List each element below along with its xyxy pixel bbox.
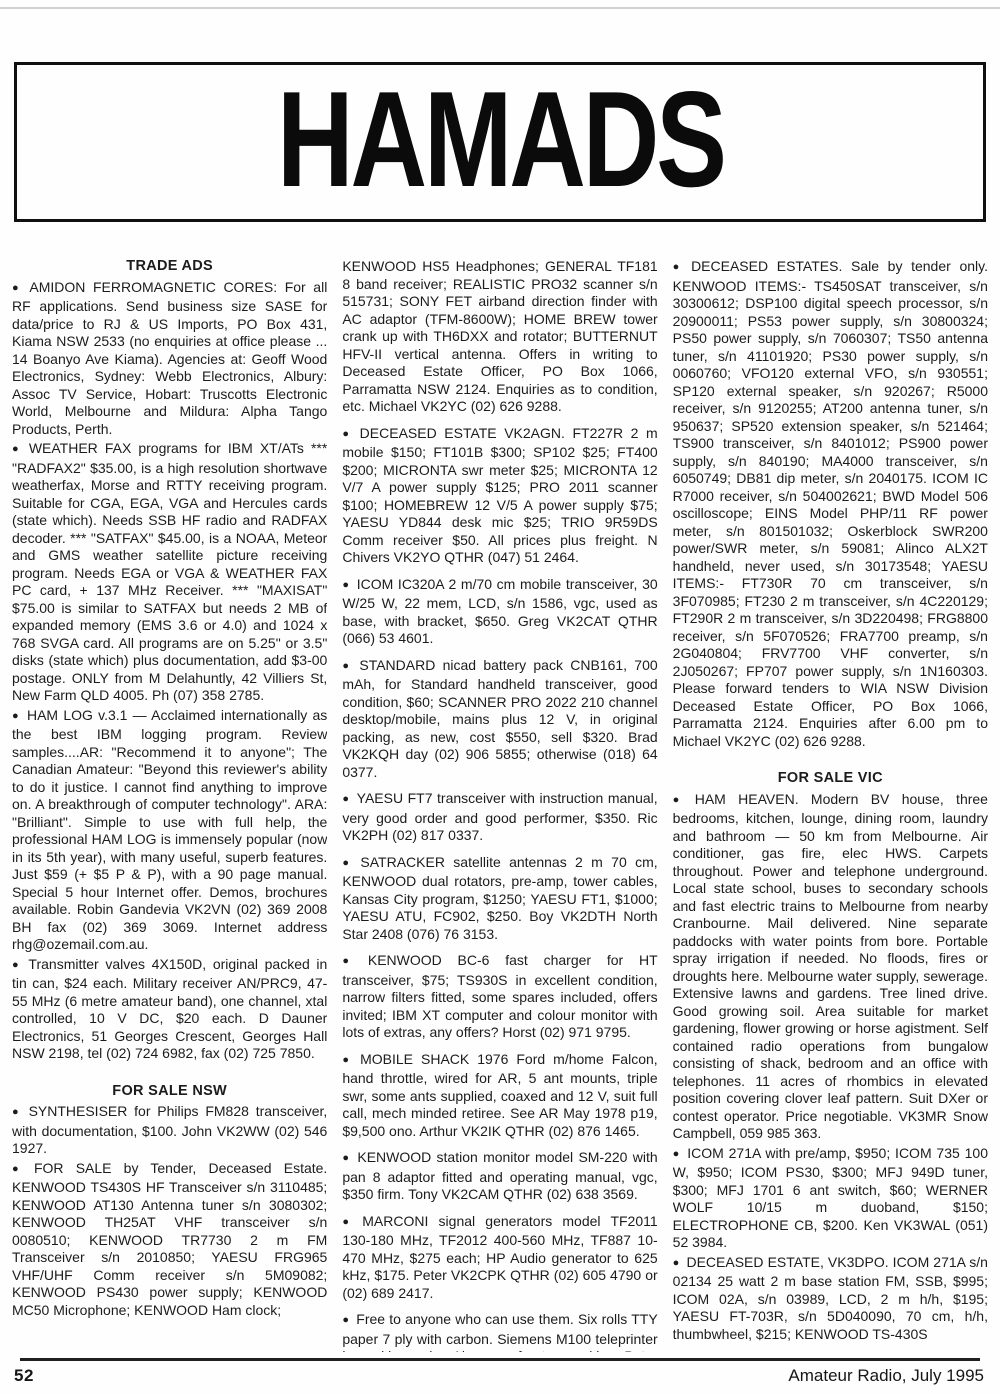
page-title: HAMADS [277,71,724,213]
bullet-icon: ● [342,1054,360,1066]
classified-ad: ●FOR SALE by Tender, Deceased Estate. KE… [12,1160,327,1320]
classifieds-columns: TRADE ADS●AMIDON FERROMAGNETIC CORES: Fo… [12,258,988,1352]
classified-ad: ●YAESU FT7 transceiver with instruction … [342,790,657,845]
masthead-box: HAMADS [14,62,986,222]
classified-ad: ●DECEASED ESTATE VK2AGN. FT227R 2 m mobi… [342,425,657,567]
column-1: TRADE ADS●AMIDON FERROMAGNETIC CORES: Fo… [12,258,327,1352]
bullet-icon: ● [342,660,359,672]
classified-ad: ●MARCONI signal generators model TF2011 … [342,1213,657,1303]
classified-ad: ●HAM HEAVEN. Modern BV house, three bedr… [673,791,988,1143]
classified-ad: ●ICOM 271A with pre/amp, $950; ICOM 735 … [673,1145,988,1252]
bullet-icon: ● [342,1216,362,1228]
page-footer: 52 Amateur Radio, July 1995 [14,1366,984,1386]
classified-ad: ●SATRACKER satellite antennas 2 m 70 cm,… [342,854,657,944]
page-number: 52 [14,1366,34,1386]
bullet-icon: ● [342,857,360,869]
bullet-icon: ● [342,428,359,440]
classified-ad: ●WEATHER FAX programs for IBM XT/ATs ***… [12,440,327,705]
bullet-icon: ● [12,710,27,722]
scan-artifact-line [0,7,1000,9]
footer-rule [20,1358,980,1361]
bullet-icon: ● [342,1152,357,1164]
section-heading: FOR SALE VIC [673,770,988,788]
bullet-icon: ● [673,794,695,806]
bullet-icon: ● [342,955,368,967]
bullet-icon: ● [673,261,691,273]
bullet-icon: ● [342,579,356,591]
classified-ad: ●Transmitter valves 4X150D, original pac… [12,956,327,1063]
bullet-icon: ● [673,1257,687,1269]
classified-ad: ●Free to anyone who can use them. Six ro… [342,1311,657,1352]
bullet-icon: ● [12,1106,29,1118]
classified-ad: ●MOBILE SHACK 1976 Ford m/home Falcon, h… [342,1051,657,1141]
classified-ad: ●DECEASED ESTATES. Sale by tender only. … [673,258,988,750]
column-3: ●DECEASED ESTATES. Sale by tender only. … [673,258,988,1352]
classified-ad: ●STANDARD nicad battery pack CNB161, 700… [342,657,657,782]
bullet-icon: ● [673,1148,688,1160]
section-heading: TRADE ADS [12,258,327,276]
classified-ad: ●DECEASED ESTATE, VK3DPO. ICOM 271A s/n … [673,1254,988,1344]
column-2: KENWOOD HS5 Headphones; GENERAL TF181 8 … [342,258,657,1352]
magazine-page: HAMADS TRADE ADS●AMIDON FERROMAGNETIC CO… [0,0,1000,1394]
classified-ad: ●SYNTHESISER for Philips FM828 transceiv… [12,1103,327,1158]
classified-ad: ●HAM LOG v.3.1 — Acclaimed international… [12,707,327,954]
bullet-icon: ● [12,959,28,971]
classified-ad: ●ICOM IC320A 2 m/70 cm mobile transceive… [342,576,657,648]
classified-ad: ●AMIDON FERROMAGNETIC CORES: For all RF … [12,279,327,439]
bullet-icon: ● [342,1314,356,1326]
bullet-icon: ● [342,793,356,805]
bullet-icon: ● [12,1163,34,1175]
bullet-icon: ● [12,443,29,455]
section-heading: FOR SALE NSW [12,1083,327,1101]
classified-ad: KENWOOD HS5 Headphones; GENERAL TF181 8 … [342,258,657,416]
journal-title: Amateur Radio, July 1995 [788,1366,984,1386]
classified-ad: ●KENWOOD BC-6 fast charger for HT transc… [342,952,657,1042]
bullet-icon: ● [12,282,29,294]
classified-ad: ●KENWOOD station monitor model SM-220 wi… [342,1149,657,1204]
